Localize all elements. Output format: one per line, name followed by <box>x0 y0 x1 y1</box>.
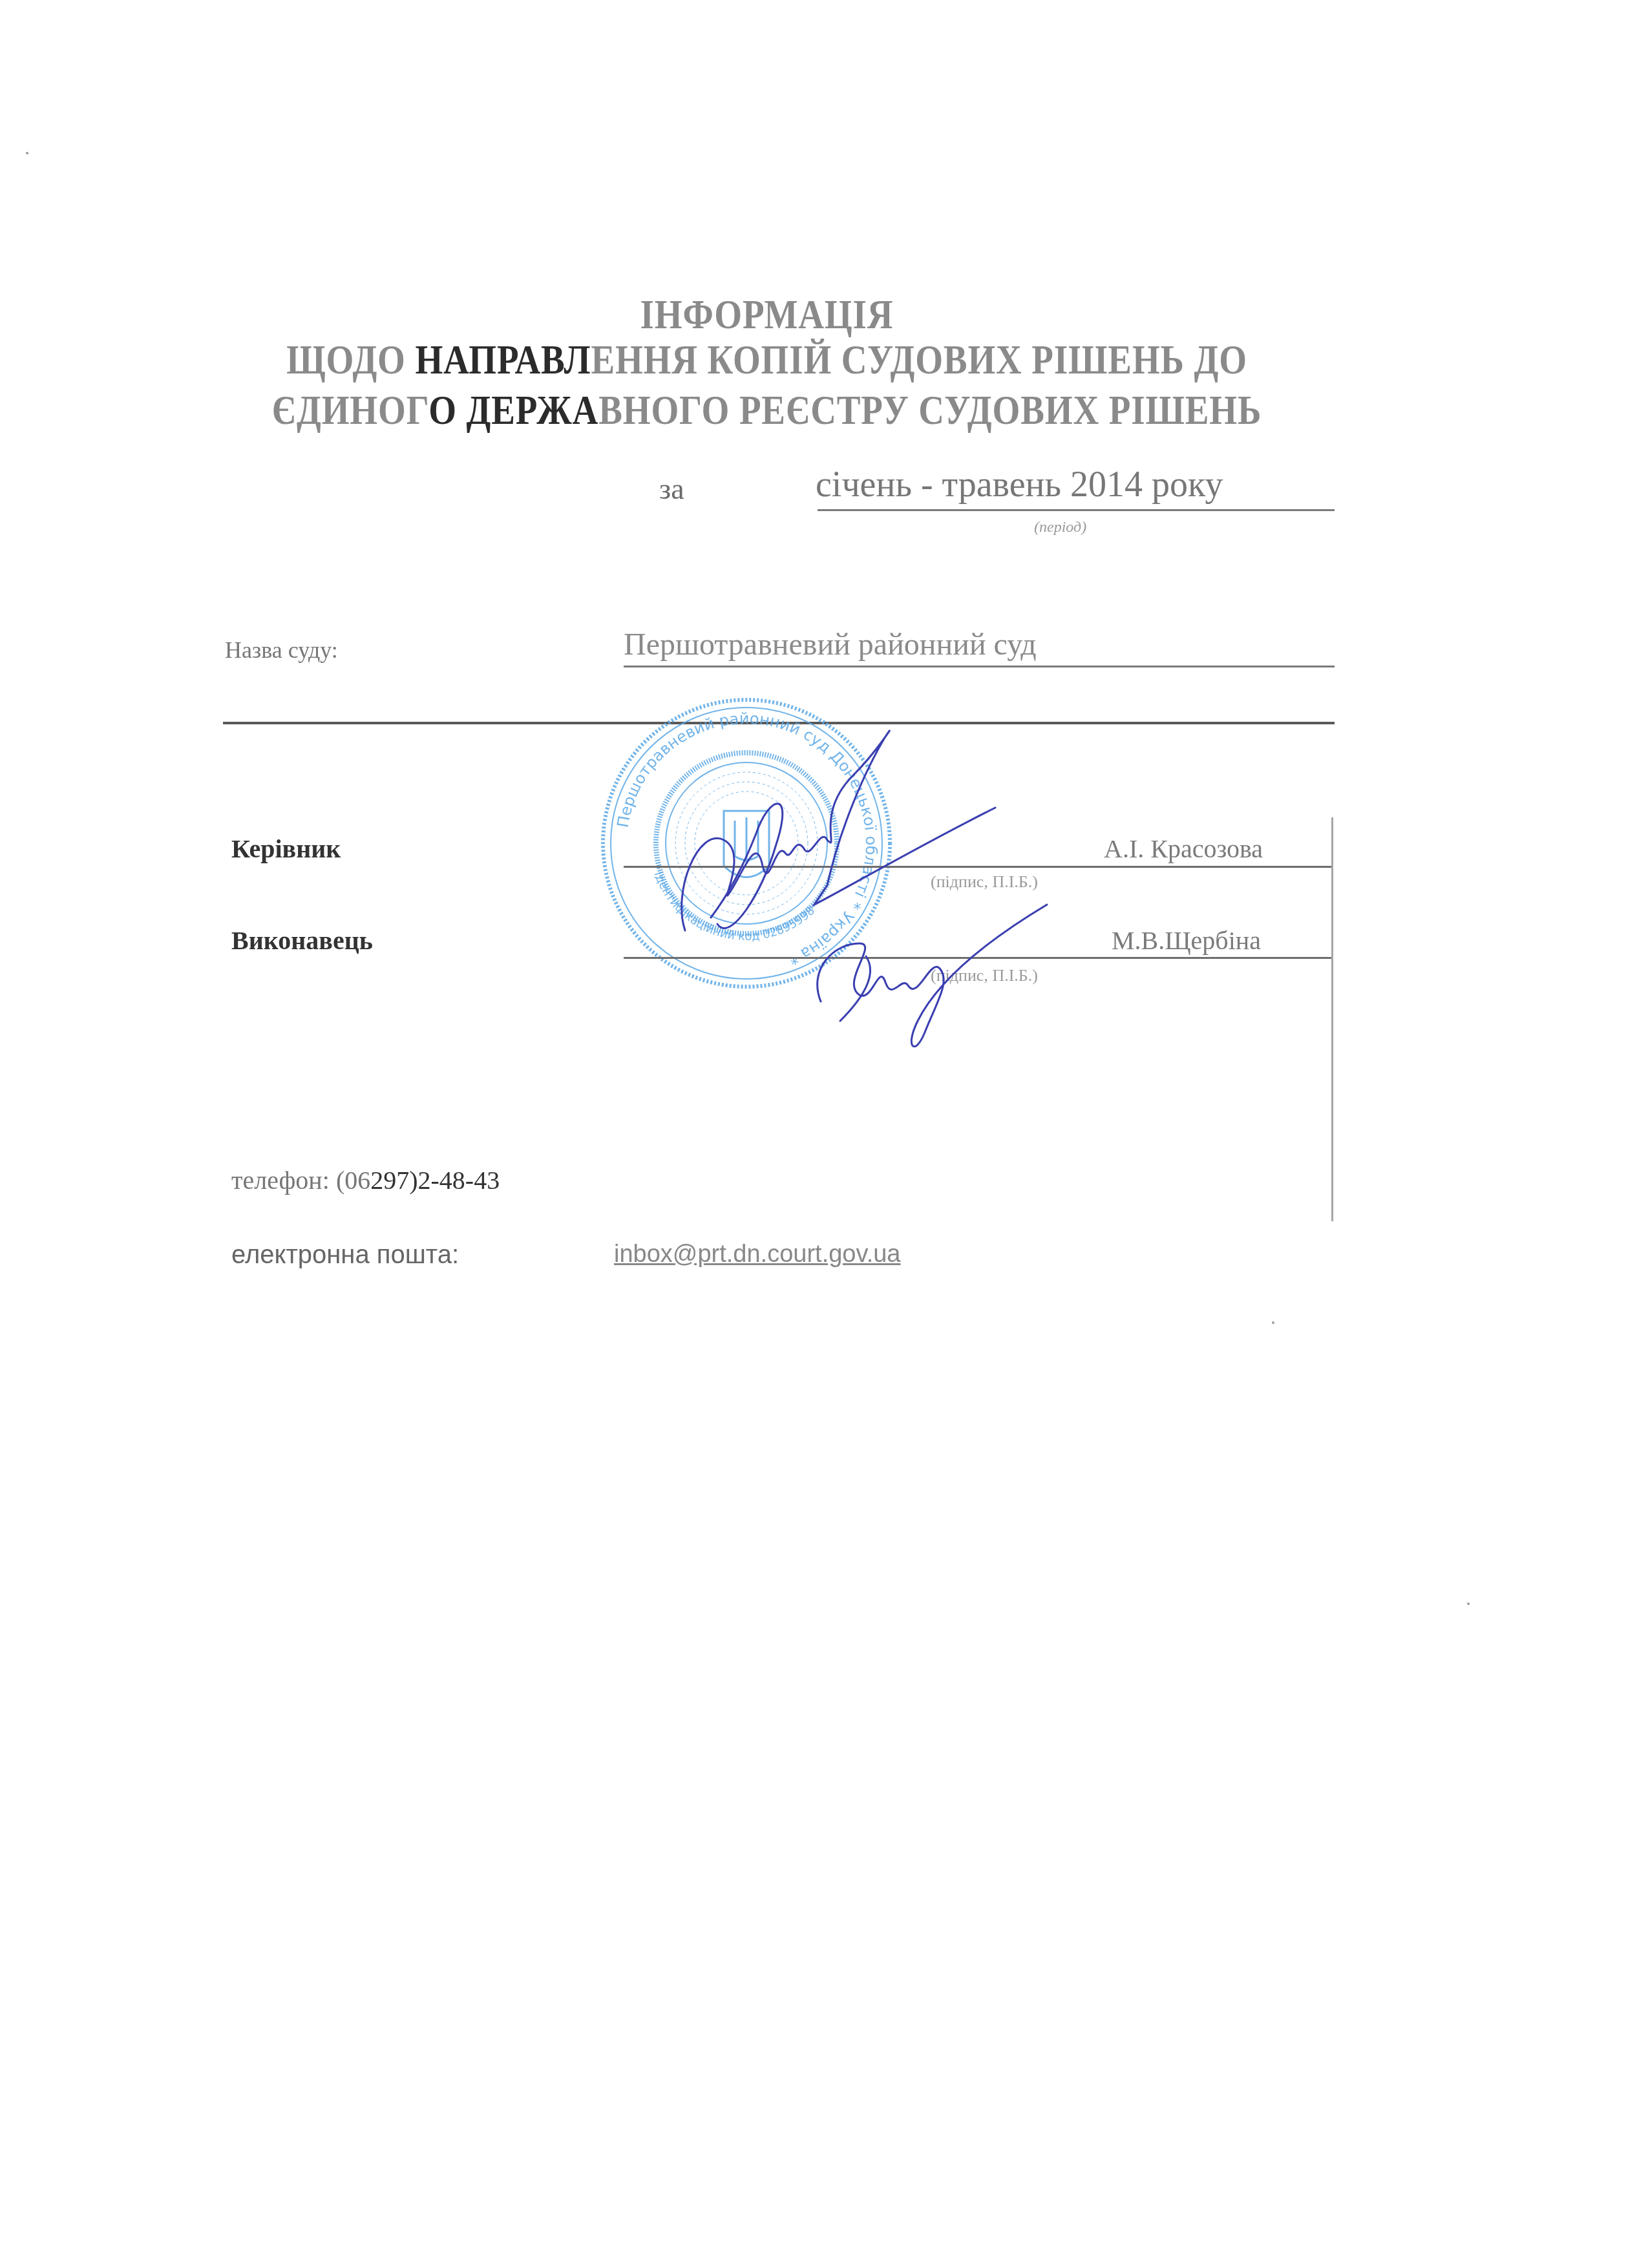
right-margin-line <box>1331 817 1333 1221</box>
title-segment: О ДЕРЖА <box>428 387 598 433</box>
court-name-underline <box>624 666 1335 667</box>
phone-label: телефон: (06 <box>231 1166 370 1195</box>
scan-speck <box>1272 1321 1274 1324</box>
scan-speck <box>26 152 28 154</box>
document-subtitle-line-1: ЩОДО НАПРАВЛЕННЯ КОПІЙ СУДОВИХ РІШЕНЬ ДО <box>58 336 1475 384</box>
role-executor-label: Виконавець <box>231 925 373 956</box>
period-value: січень - травень 2014 року <box>816 464 1223 505</box>
period-underline <box>818 509 1335 511</box>
title-segment: ВНОГО РЕЄСТРУ СУДОВИХ РІШЕНЬ <box>598 387 1262 433</box>
scan-speck <box>1467 1602 1470 1605</box>
email-label: електронна пошта: <box>231 1241 459 1270</box>
title-line-1: ІНФОРМАЦІЯ <box>640 291 894 337</box>
period-prefix: за <box>659 472 684 506</box>
document-title: ІНФОРМАЦІЯ <box>58 291 1475 339</box>
head-name: А.І. Красозова <box>1104 834 1263 864</box>
phone-field: телефон: (06297)2-48-43 <box>231 1165 500 1195</box>
phone-number: 297)2-48-43 <box>370 1166 500 1195</box>
document-subtitle-line-2: ЄДИНОГО ДЕРЖАВНОГО РЕЄСТРУ СУДОВИХ РІШЕН… <box>58 386 1475 434</box>
title-segment: ЩОДО <box>286 337 415 383</box>
title-segment: НАПРАВЛ <box>415 337 591 383</box>
court-name-value: Першотравневий районний суд <box>624 627 1037 662</box>
email-link[interactable]: inbox@prt.dn.court.gov.ua <box>614 1241 900 1268</box>
title-segment: ЕННЯ КОПІЙ СУДОВИХ РІШЕНЬ ДО <box>591 337 1247 383</box>
role-head-label: Керівник <box>231 834 341 864</box>
title-segment: ЄДИНОГ <box>272 387 428 433</box>
handwritten-signatures-icon <box>646 698 1099 1060</box>
period-caption: (період) <box>1034 519 1086 536</box>
court-name-label: Назва суду: <box>225 636 338 664</box>
executor-name: М.В.Щербіна <box>1112 925 1261 956</box>
